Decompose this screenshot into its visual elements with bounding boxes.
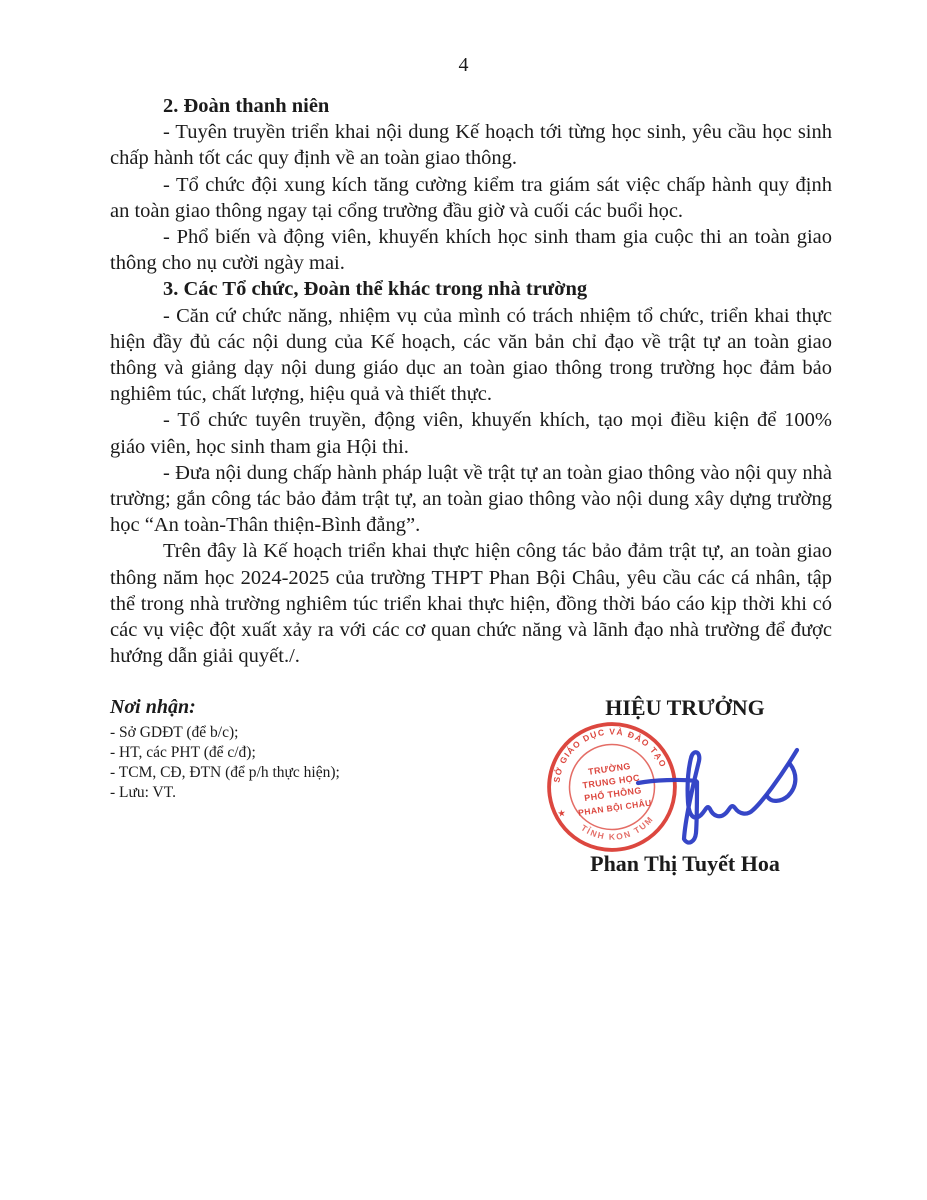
doc-paragraph: - Tuyên truyền triển khai nội dung Kế ho…	[110, 119, 832, 171]
doc-paragraph: - Đưa nội dung chấp hành pháp luật về tr…	[110, 460, 832, 539]
document-page: 4 2. Đoàn thanh niên - Tuyên truyền triể…	[0, 0, 927, 1200]
doc-heading: 2. Đoàn thanh niên	[110, 93, 832, 119]
signature-stroke-end	[767, 764, 795, 801]
signature-title: HIỆU TRƯỞNG	[555, 695, 815, 721]
signature-stroke-main	[638, 750, 797, 843]
document-body: 2. Đoàn thanh niên - Tuyên truyền triển …	[110, 93, 832, 669]
recipient-item: - Lưu: VT.	[110, 783, 340, 803]
recipients-title: Nơi nhận:	[110, 696, 340, 719]
recipients-block: Nơi nhận: - Sở GDĐT (để b/c); - HT, các …	[110, 696, 340, 803]
doc-paragraph: - Tổ chức tuyên truyền, động viên, khuyế…	[110, 407, 832, 459]
doc-paragraph: - Căn cứ chức năng, nhiệm vụ của mình có…	[110, 303, 832, 408]
doc-heading: 3. Các Tổ chức, Đoàn thể khác trong nhà …	[110, 276, 832, 302]
star-icon: ★	[557, 808, 567, 819]
recipient-item: - TCM, CĐ, ĐTN (để p/h thực hiện);	[110, 763, 340, 783]
signer-name: Phan Thị Tuyết Hoa	[545, 851, 825, 877]
page-number: 4	[0, 54, 927, 77]
doc-paragraph: Trên đây là Kế hoạch triển khai thực hiệ…	[110, 538, 832, 669]
recipient-item: - Sở GDĐT (để b/c);	[110, 723, 340, 743]
handwritten-signature	[622, 726, 812, 861]
doc-paragraph: - Phổ biến và động viên, khuyến khích họ…	[110, 224, 832, 276]
doc-paragraph: - Tổ chức đội xung kích tăng cường kiểm …	[110, 172, 832, 224]
recipient-item: - HT, các PHT (để c/đ);	[110, 743, 340, 763]
